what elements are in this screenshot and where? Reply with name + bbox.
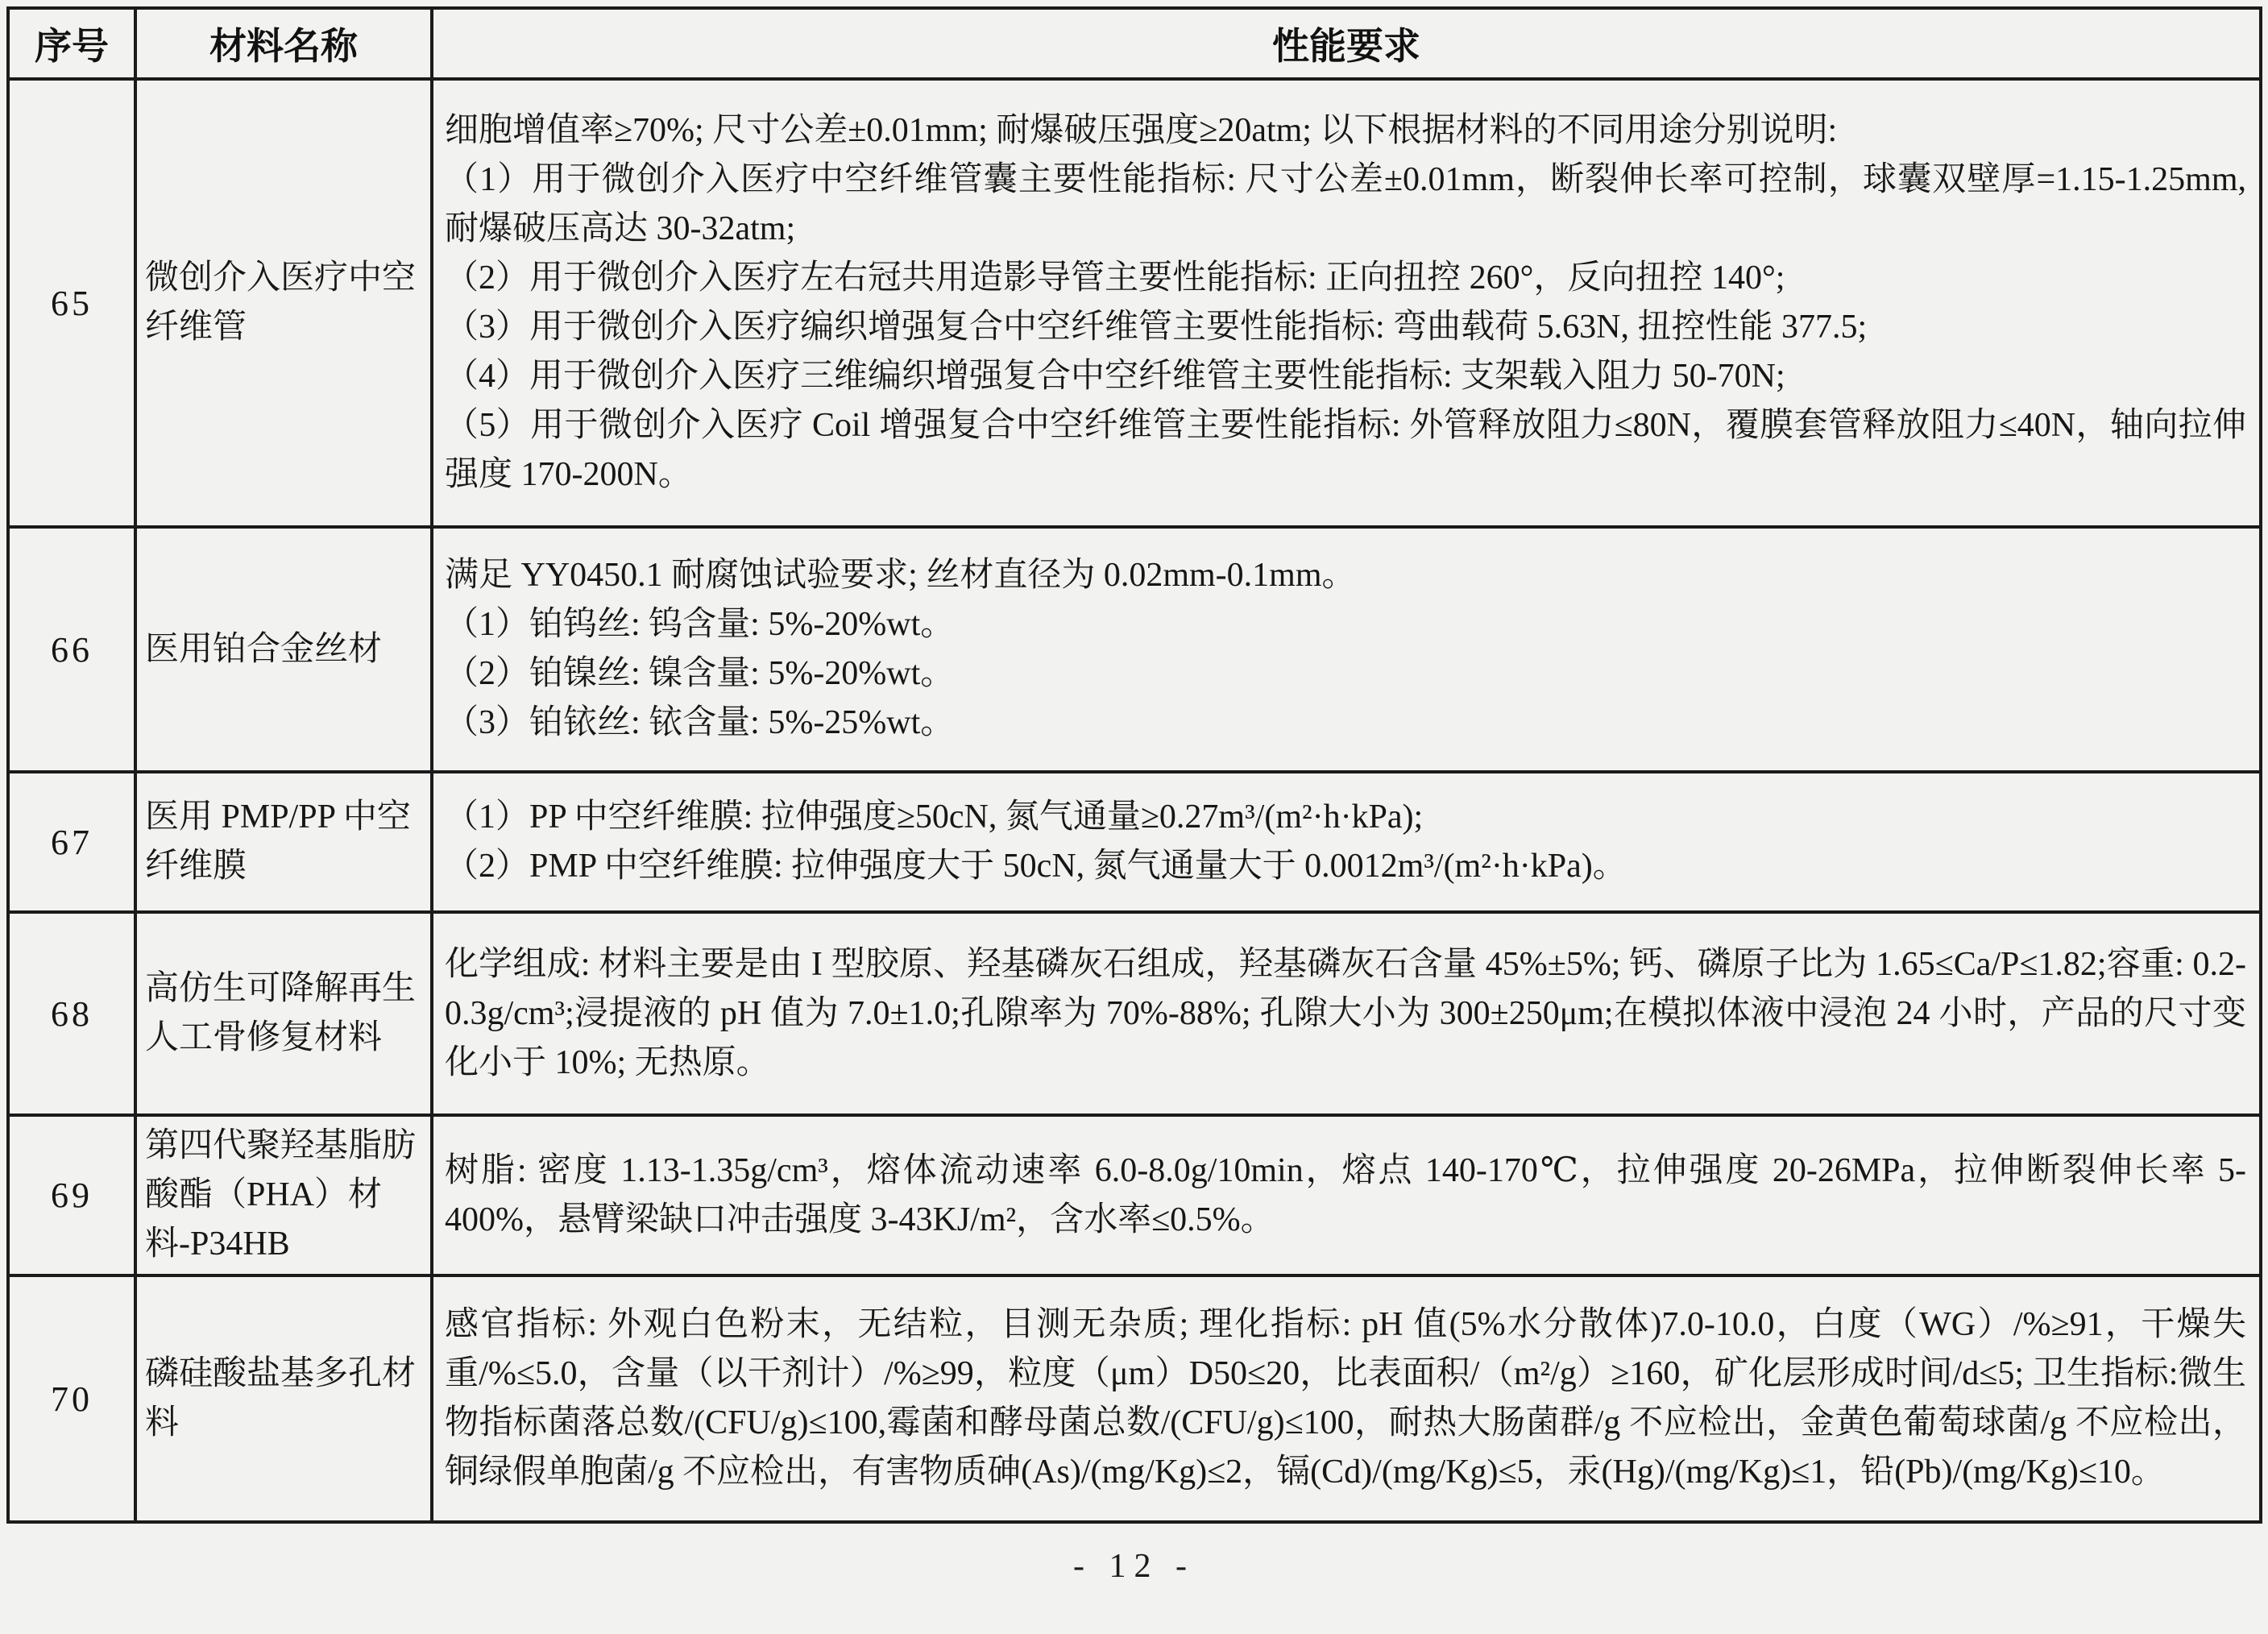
page-number: - 12 - [0, 1547, 2268, 1586]
row-material-name: 微创介入医疗中空纤维管 [135, 79, 432, 527]
row-performance-requirements: （1）PP 中空纤维膜: 拉伸强度≥50cN, 氮气通量≥0.27m³/(m²·… [432, 772, 2261, 912]
row-performance-requirements: 细胞增值率≥70%; 尺寸公差±0.01mm; 耐爆破压强度≥20atm; 以下… [432, 79, 2261, 527]
row-performance-requirements: 感官指标: 外观白色粉末，无结粒，目测无杂质; 理化指标: pH 值(5%水分散… [432, 1275, 2261, 1522]
row-material-name: 磷硅酸盐基多孔材料 [135, 1275, 432, 1522]
table-row: 68 高仿生可降解再生人工骨修复材料 化学组成: 材料主要是由 I 型胶原、羟基… [8, 912, 2261, 1115]
row-serial-number: 70 [8, 1275, 135, 1522]
document-page: 序号 材料名称 性能要求 65 微创介入医疗中空纤维管 细胞增值率≥70%; 尺… [0, 0, 2268, 1634]
row-performance-requirements: 满足 YY0450.1 耐腐蚀试验要求; 丝材直径为 0.02mm-0.1mm。… [432, 527, 2261, 772]
row-serial-number: 65 [8, 79, 135, 527]
row-performance-requirements: 化学组成: 材料主要是由 I 型胶原、羟基磷灰石组成，羟基磷灰石含量 45%±5… [432, 912, 2261, 1115]
header-material-name: 材料名称 [135, 8, 432, 79]
row-material-name: 医用铂合金丝材 [135, 527, 432, 772]
materials-requirements-table: 序号 材料名称 性能要求 65 微创介入医疗中空纤维管 细胞增值率≥70%; 尺… [6, 6, 2262, 1524]
header-performance-requirements: 性能要求 [432, 8, 2261, 79]
table-header-row: 序号 材料名称 性能要求 [8, 8, 2261, 79]
header-serial-number: 序号 [8, 8, 135, 79]
row-serial-number: 66 [8, 527, 135, 772]
row-material-name: 高仿生可降解再生人工骨修复材料 [135, 912, 432, 1115]
row-material-name: 第四代聚羟基脂肪酸酯（PHA）材料-P34HB [135, 1115, 432, 1275]
row-material-name: 医用 PMP/PP 中空纤维膜 [135, 772, 432, 912]
row-serial-number: 68 [8, 912, 135, 1115]
table-row: 66 医用铂合金丝材 满足 YY0450.1 耐腐蚀试验要求; 丝材直径为 0.… [8, 527, 2261, 772]
table-row: 67 医用 PMP/PP 中空纤维膜 （1）PP 中空纤维膜: 拉伸强度≥50c… [8, 772, 2261, 912]
table-row: 65 微创介入医疗中空纤维管 细胞增值率≥70%; 尺寸公差±0.01mm; 耐… [8, 79, 2261, 527]
table-row: 70 磷硅酸盐基多孔材料 感官指标: 外观白色粉末，无结粒，目测无杂质; 理化指… [8, 1275, 2261, 1522]
row-serial-number: 67 [8, 772, 135, 912]
row-serial-number: 69 [8, 1115, 135, 1275]
table-row: 69 第四代聚羟基脂肪酸酯（PHA）材料-P34HB 树脂: 密度 1.13-1… [8, 1115, 2261, 1275]
row-performance-requirements: 树脂: 密度 1.13-1.35g/cm³，熔体流动速率 6.0-8.0g/10… [432, 1115, 2261, 1275]
